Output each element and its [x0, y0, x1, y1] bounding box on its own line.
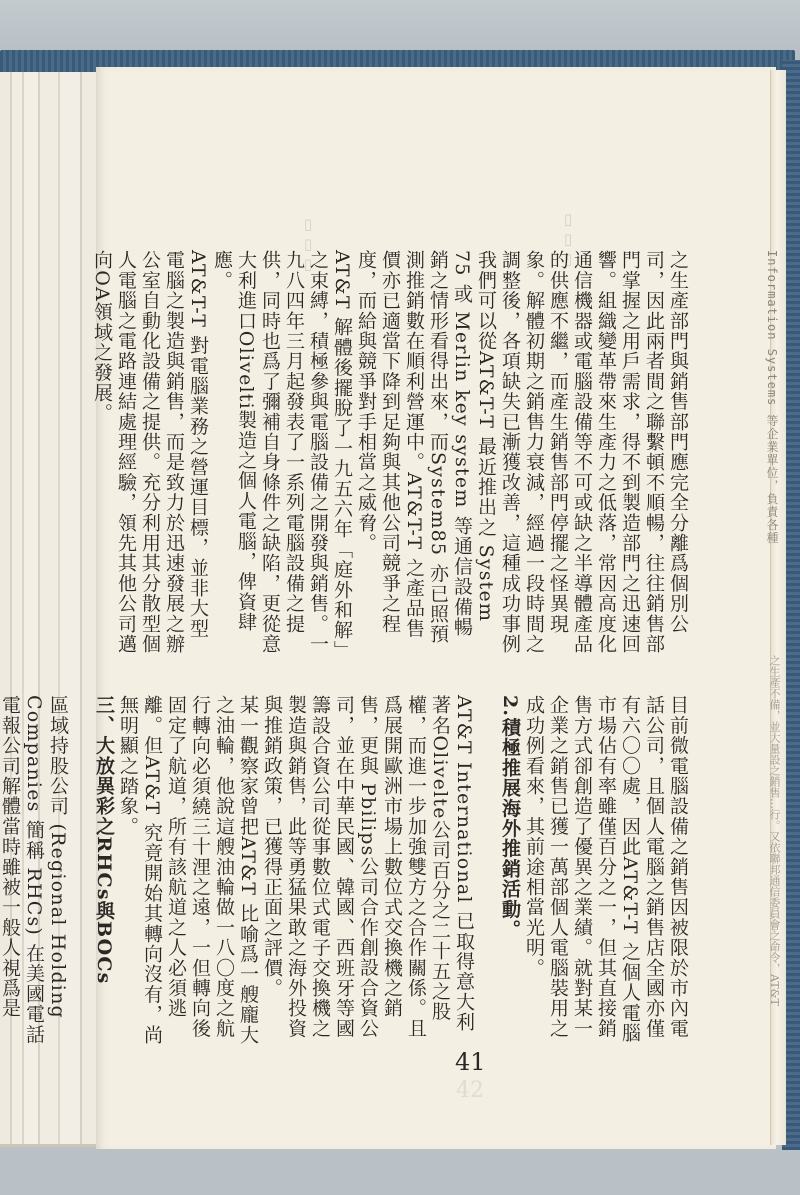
paragraph: 之生產部門與銷售部門應完全分離爲個別公司，因此兩者間之聯繫頓不順暢，往往銷售部門…: [354, 250, 690, 655]
page-number-show-through: 42: [456, 1078, 484, 1103]
paragraph: 區域持股公司 (Regional Holding Companies 簡稱 RH…: [0, 695, 70, 1050]
subheading-overseas-marketing: 2.積極推展海外推銷活動。: [498, 695, 522, 1050]
side-margin-text: 之生產不備，並大量設之銷售…行。又依聯邦通信委員會之命令，AT&T: [766, 655, 782, 1035]
paragraph: 目前微電腦設備之銷售因被限於市內電話公司，且個人電腦之銷售店全國亦僅有六〇〇處，…: [522, 695, 690, 1050]
paragraph: 某一觀察家曾把AT&T 比喻爲一艘龐大之油輪，他說這艘油輪做一八〇度之航行轉向必…: [116, 695, 260, 1050]
paragraph: AT&T-T 對電腦業務之營運目標，並非大型電腦之製造與銷售，而是致力於迅速發展…: [90, 250, 210, 655]
bottom-text-section: 目前微電腦設備之銷售因被限於市內電話公司，且個人電腦之銷售店全國亦僅有六〇〇處，…: [0, 695, 690, 1050]
section-heading-rhcs-bocs: 三、大放異彩之RHCs與BOCs: [92, 695, 116, 1050]
paragraph: AT&T International 已取得意大利著名Olivelte公司百分之…: [260, 695, 476, 1050]
paragraph: AT&T 解體後擺脫了一九五六年「庭外和解」之束縛，積極參與電腦設備之開發與銷售…: [210, 250, 354, 655]
page-number: 41: [455, 1048, 486, 1076]
running-header: Information Systems 等企業單位，負責各種: [764, 250, 781, 670]
top-text-section: 之生產部門與銷售部門應完全分離爲個別公司，因此兩者間之聯繫頓不順暢，往往銷售部門…: [90, 250, 690, 655]
